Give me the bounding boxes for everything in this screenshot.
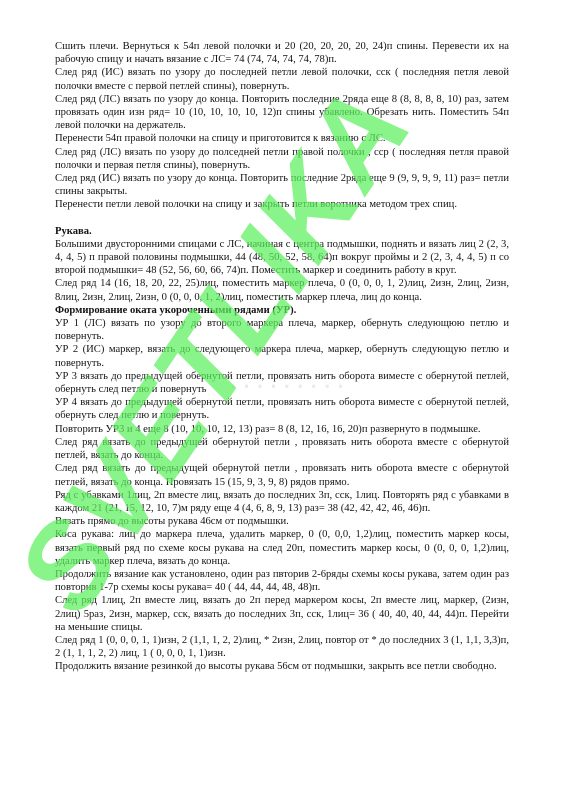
paragraph: Перенести петли левой полочки на спицу и… [55, 198, 509, 211]
short-rows-heading: Формирование оката укороченными рядами (… [55, 304, 509, 317]
paragraph: Продолжить вязание как установлено, один… [55, 568, 509, 594]
paragraph: Сшить плечи. Вернуться к 54п левой полоч… [55, 40, 509, 66]
paragraph: УР 3 вязать до предыдущей обернутой петл… [55, 370, 509, 396]
paragraph: УР 4 вязать до предыдущей обернутой петл… [55, 396, 509, 422]
paragraph: УР 2 (ИС) маркер, вязать до следующего м… [55, 343, 509, 369]
spacer [55, 212, 509, 225]
paragraph: Повторить УР3 и 4 еще 8 (10, 10, 10, 12,… [55, 423, 509, 436]
sleeves-heading: Рукава. [55, 225, 509, 238]
paragraph: Ряд с убавками 1лиц, 2п вместе лиц, вяза… [55, 489, 509, 515]
paragraph: След ряд вязать до предыдущей обернутой … [55, 436, 509, 462]
paragraph: След ряд (ЛС) вязать по узору до полседн… [55, 146, 509, 172]
paragraph: Вязать прямо до высоты рукава 46см от по… [55, 515, 509, 528]
paragraph: Продолжить вязание резинкой до высоты ру… [55, 660, 509, 673]
paragraph: След ряд 1лиц, 2п вместе лиц, вязать до … [55, 594, 509, 634]
paragraph: След ряд (ЛС) вязать по узору до конца. … [55, 93, 509, 133]
paragraph: След ряд (ИС) вязать по узору до конца. … [55, 172, 509, 198]
document-page: Сшить плечи. Вернуться к 54п левой полоч… [55, 40, 509, 674]
paragraph: След ряд вязать до предыдущей обернутой … [55, 462, 509, 488]
paragraph: УР 1 (ЛС) вязать по узору до второго мар… [55, 317, 509, 343]
paragraph: Коса рукава: лиц до маркера плеча, удали… [55, 528, 509, 568]
paragraph: Перенести 54п правой полочки на спицу и … [55, 132, 509, 145]
paragraph: След ряд (ИС) вязать по узору до последн… [55, 66, 509, 92]
paragraph: След ряд 1 (0, 0, 0, 1, 1)изн, 2 (1,1, 1… [55, 634, 509, 660]
paragraph: След ряд 14 (16, 18, 20, 22, 25)лиц, пом… [55, 277, 509, 303]
paragraph: Большими двусторонними спицами с ЛС, нач… [55, 238, 509, 278]
